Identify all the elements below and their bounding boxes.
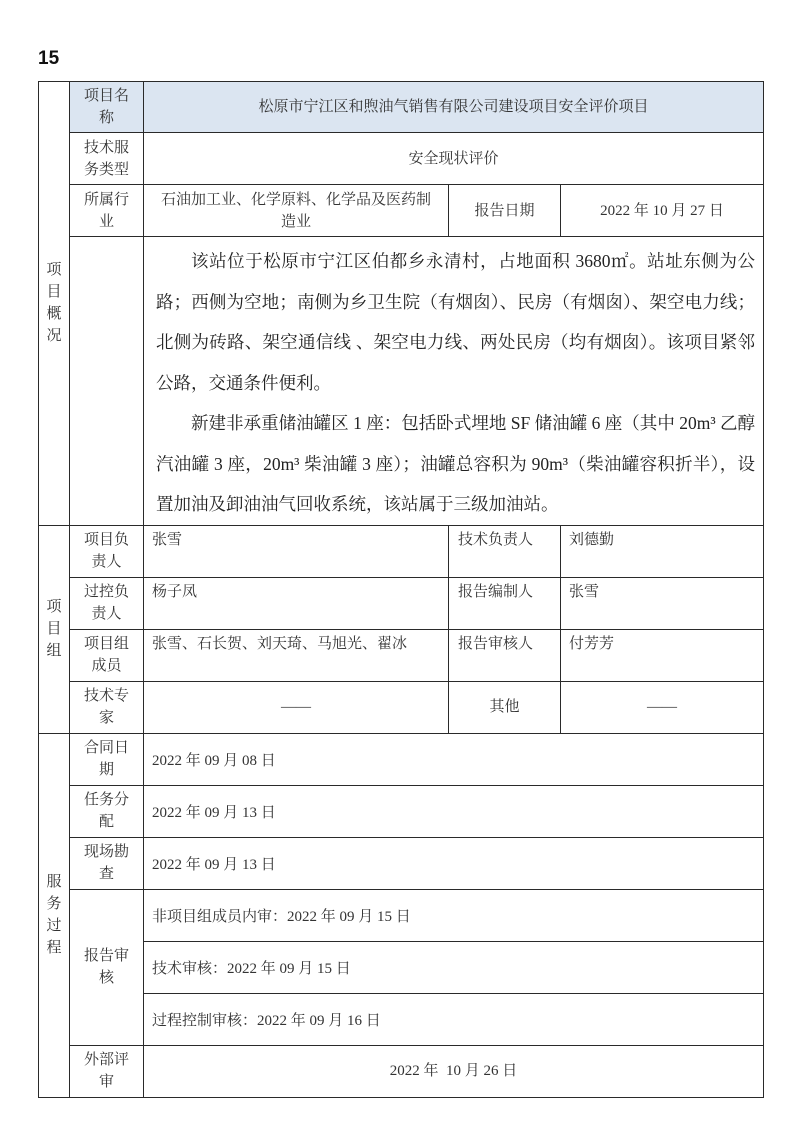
value-report-date: 2022 年 10 月 27 日: [561, 185, 764, 237]
row-report-review: 技术审核：2022 年 09 月 15 日: [39, 941, 764, 993]
value-site-survey: 2022 年 09 月 13 日: [144, 837, 764, 889]
section-label-overview: 项目概况: [39, 82, 70, 526]
label-report-review: 报告审核: [70, 889, 144, 1045]
label-report-author: 报告编制人: [449, 577, 561, 629]
page-number: 15: [38, 48, 59, 70]
value-process-control-leader: 杨子凤: [144, 577, 449, 629]
value-technical-review: 技术审核：2022 年 09 月 15 日: [144, 941, 764, 993]
team-row: 项目组 项目负责人 张雪 技术负责人 刘德勤: [39, 525, 764, 577]
label-other: 其他: [449, 681, 561, 733]
label-report-reviewer: 报告审核人: [449, 629, 561, 681]
project-description: 该站位于松原市宁江区伯都乡永清村，占地面积 3680㎡。站址东侧为公路；西侧为空…: [144, 237, 764, 526]
row-contract-date: 服务过程 合同日期 2022 年 09 月 08 日: [39, 733, 764, 785]
row-project-name: 项目概况 项目名称 松原市宁江区和煦油气销售有限公司建设项目安全评价项目: [39, 82, 764, 133]
label-industry: 所属行业: [70, 185, 144, 237]
label-project-leader: 项目负责人: [70, 525, 144, 577]
row-industry: 所属行业 石油加工业、化学原料、化学品及医药制造业 报告日期 2022 年 10…: [39, 185, 764, 237]
value-other: ——: [561, 681, 764, 733]
value-task-assignment: 2022 年 09 月 13 日: [144, 785, 764, 837]
row-service-type: 技术服务类型 安全现状评价: [39, 133, 764, 185]
value-industry: 石油加工业、化学原料、化学品及医药制造业: [144, 185, 449, 237]
project-info-table: 项目概况 项目名称 松原市宁江区和煦油气销售有限公司建设项目安全评价项目 技术服…: [38, 81, 764, 1098]
value-technical-leader: 刘德勤: [561, 525, 764, 577]
label-external-review: 外部评审: [70, 1045, 144, 1097]
section-label-team: 项目组: [39, 525, 70, 733]
label-process-control-leader: 过控负责人: [70, 577, 144, 629]
label-contract-date: 合同日期: [70, 733, 144, 785]
row-site-survey: 现场勘查 2022 年 09 月 13 日: [39, 837, 764, 889]
row-task-assignment: 任务分配 2022 年 09 月 13 日: [39, 785, 764, 837]
label-report-date: 报告日期: [449, 185, 561, 237]
label-project-name: 项目名称: [70, 82, 144, 133]
value-service-type: 安全现状评价: [144, 133, 764, 185]
value-technical-expert: ——: [144, 681, 449, 733]
team-row: 过控负责人 杨子凤 报告编制人 张雪: [39, 577, 764, 629]
value-contract-date: 2022 年 09 月 08 日: [144, 733, 764, 785]
value-team-members: 张雪、石长贺、刘天琦、马旭光、翟冰: [144, 629, 449, 681]
label-service-type: 技术服务类型: [70, 133, 144, 185]
row-description: 该站位于松原市宁江区伯都乡永清村，占地面积 3680㎡。站址东侧为公路；西侧为空…: [39, 237, 764, 526]
value-project-name: 松原市宁江区和煦油气销售有限公司建设项目安全评价项目: [144, 82, 764, 133]
section-label-service: 服务过程: [39, 733, 70, 1097]
label-task-assignment: 任务分配: [70, 785, 144, 837]
description-paragraph: 新建非承重储油罐区 1 座：包括卧式埋地 SF 储油罐 6 座（其中 20m³ …: [156, 403, 755, 525]
label-site-survey: 现场勘查: [70, 837, 144, 889]
value-process-control-review: 过程控制审核：2022 年 09 月 16 日: [144, 993, 764, 1045]
label-technical-expert: 技术专家: [70, 681, 144, 733]
label-team-members: 项目组成员: [70, 629, 144, 681]
row-external-review: 外部评审 2022 年 10 月 26 日: [39, 1045, 764, 1097]
team-row: 项目组成员 张雪、石长贺、刘天琦、马旭光、翟冰 报告审核人 付芳芳: [39, 629, 764, 681]
value-report-author: 张雪: [561, 577, 764, 629]
label-technical-leader: 技术负责人: [449, 525, 561, 577]
value-internal-review: 非项目组成员内审：2022 年 09 月 15 日: [144, 889, 764, 941]
row-report-review: 过程控制审核：2022 年 09 月 16 日: [39, 993, 764, 1045]
value-report-reviewer: 付芳芳: [561, 629, 764, 681]
value-external-review: 2022 年 10 月 26 日: [144, 1045, 764, 1097]
description-paragraph: 该站位于松原市宁江区伯都乡永清村，占地面积 3680㎡。站址东侧为公路；西侧为空…: [156, 241, 755, 403]
overview-spacer-cell: [70, 237, 144, 526]
row-report-review: 报告审核 非项目组成员内审：2022 年 09 月 15 日: [39, 889, 764, 941]
team-row: 技术专家 —— 其他 ——: [39, 681, 764, 733]
value-project-leader: 张雪: [144, 525, 449, 577]
